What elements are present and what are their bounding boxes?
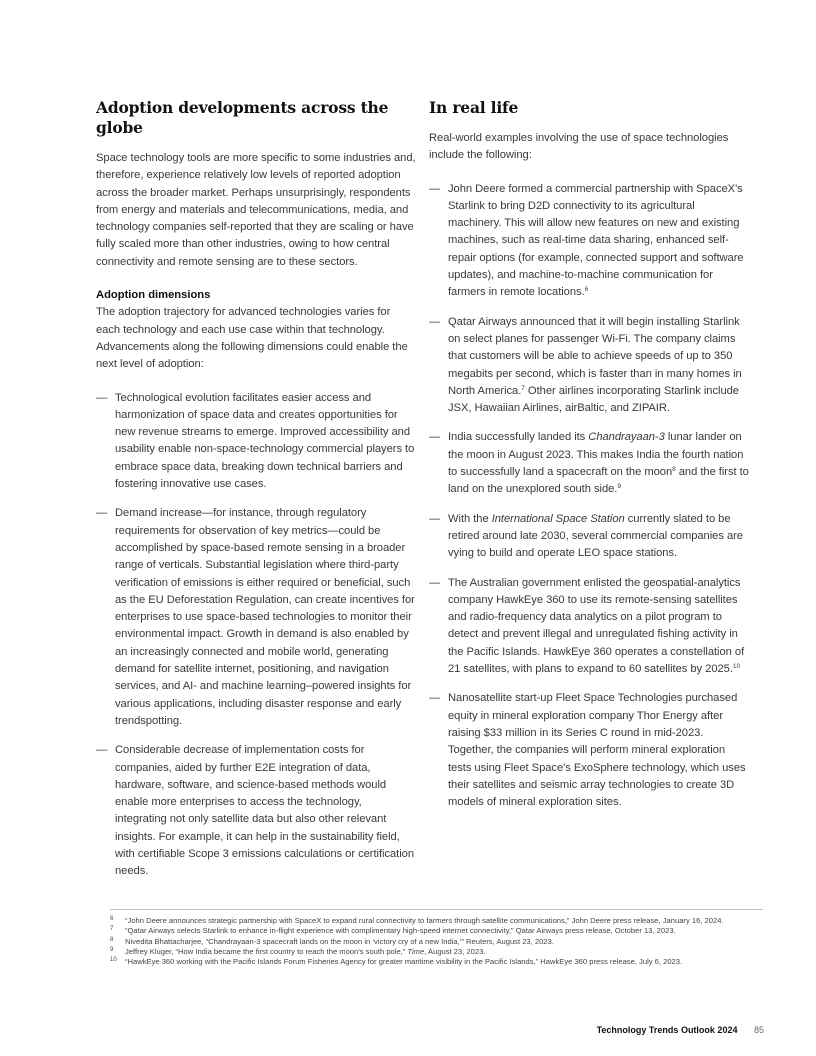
footnote-text: , August 23, 2023. xyxy=(424,947,485,956)
footnote-text: “John Deere announces strategic partners… xyxy=(125,916,724,925)
footnote-text: “HawkEye 360 working with the Pacific Is… xyxy=(125,957,682,966)
footnote-number: 9 xyxy=(110,945,113,955)
list-item: — With the International Space Station c… xyxy=(429,511,751,563)
italic-title: International Space Station xyxy=(492,513,625,525)
publication-title: Technology Trends Outlook 2024 xyxy=(597,1025,738,1035)
dash-bullet: — xyxy=(429,314,440,331)
footnote: 7 “Qatar Airways selects Starlink to enh… xyxy=(110,926,763,936)
italic-title: Time xyxy=(407,947,424,956)
footnote: 10 “HawkEye 360 working with the Pacific… xyxy=(110,957,763,967)
real-life-intro-paragraph: Real-world examples involving the use of… xyxy=(429,130,751,165)
list-item: — The Australian government enlisted the… xyxy=(429,575,751,679)
list-item-text: India successfully landed its xyxy=(448,431,588,443)
list-item-text: Nanosatellite start-up Fleet Space Techn… xyxy=(448,692,746,808)
section-heading-in-real-life: In real life xyxy=(429,98,751,118)
list-item-text: With the xyxy=(448,513,492,525)
list-item-text: Technological evolution facilitates easi… xyxy=(115,392,414,490)
footnote: 6 “John Deere announces strategic partne… xyxy=(110,916,763,926)
list-item: — Demand increase—for instance, through … xyxy=(96,505,416,730)
list-item: — Technological evolution facilitates ea… xyxy=(96,390,416,494)
dash-bullet: — xyxy=(96,742,107,759)
footnote-ref-10[interactable]: 10 xyxy=(733,663,740,670)
list-item: — Considerable decrease of implementatio… xyxy=(96,742,416,880)
list-item: — Qatar Airways announced that it will b… xyxy=(429,314,751,418)
footnotes: 6 “John Deere announces strategic partne… xyxy=(110,909,763,967)
footnote-number: 6 xyxy=(110,914,113,924)
adoption-dimensions-paragraph: The adoption trajectory for advanced tec… xyxy=(96,304,416,373)
left-column: Adoption developments across the globe S… xyxy=(96,98,416,893)
list-item-text: Considerable decrease of implementation … xyxy=(115,744,414,877)
list-item: — John Deere formed a commercial partner… xyxy=(429,181,751,302)
dash-bullet: — xyxy=(429,511,440,528)
list-item-text: Demand increase—for instance, through re… xyxy=(115,507,415,727)
list-item: — Nanosatellite start-up Fleet Space Tec… xyxy=(429,690,751,811)
footnote-number: 7 xyxy=(110,924,113,934)
adoption-intro-paragraph: Space technology tools are more specific… xyxy=(96,150,416,271)
footnote-number: 10 xyxy=(110,955,117,965)
list-item: — India successfully landed its Chandray… xyxy=(429,429,751,498)
dash-bullet: — xyxy=(96,505,107,522)
section-heading-adoption: Adoption developments across the globe xyxy=(96,98,416,138)
italic-title: Chandrayaan-3 xyxy=(588,431,664,443)
dash-bullet: — xyxy=(429,575,440,592)
footnote-ref-6[interactable]: 6 xyxy=(585,286,589,293)
page-number: 85 xyxy=(754,1025,764,1035)
dash-bullet: — xyxy=(429,181,440,198)
footnote-text: Jeffrey Kluger, “How India became the fi… xyxy=(125,947,407,956)
footnote-text: “Qatar Airways selects Starlink to enhan… xyxy=(125,926,676,935)
subheading-adoption-dimensions: Adoption dimensions xyxy=(96,287,416,304)
footnote: 8 Nivedita Bhattacharjee, “Chandrayaan-3… xyxy=(110,937,763,947)
right-column: In real life Real-world examples involvi… xyxy=(429,98,751,823)
footnote-text: Nivedita Bhattacharjee, “Chandrayaan-3 s… xyxy=(125,937,554,946)
adoption-dimensions-list: — Technological evolution facilitates ea… xyxy=(96,390,416,881)
list-item-text: John Deere formed a commercial partnersh… xyxy=(448,183,744,299)
page-footer: Technology Trends Outlook 2024 85 xyxy=(597,1025,764,1035)
footnote: 9 Jeffrey Kluger, “How India became the … xyxy=(110,947,763,957)
footnote-ref-9[interactable]: 9 xyxy=(617,483,621,490)
dash-bullet: — xyxy=(429,690,440,707)
list-item-text: The Australian government enlisted the g… xyxy=(448,577,744,675)
dash-bullet: — xyxy=(429,429,440,446)
footnote-number: 8 xyxy=(110,935,113,945)
dash-bullet: — xyxy=(96,390,107,407)
real-life-examples-list: — John Deere formed a commercial partner… xyxy=(429,181,751,812)
